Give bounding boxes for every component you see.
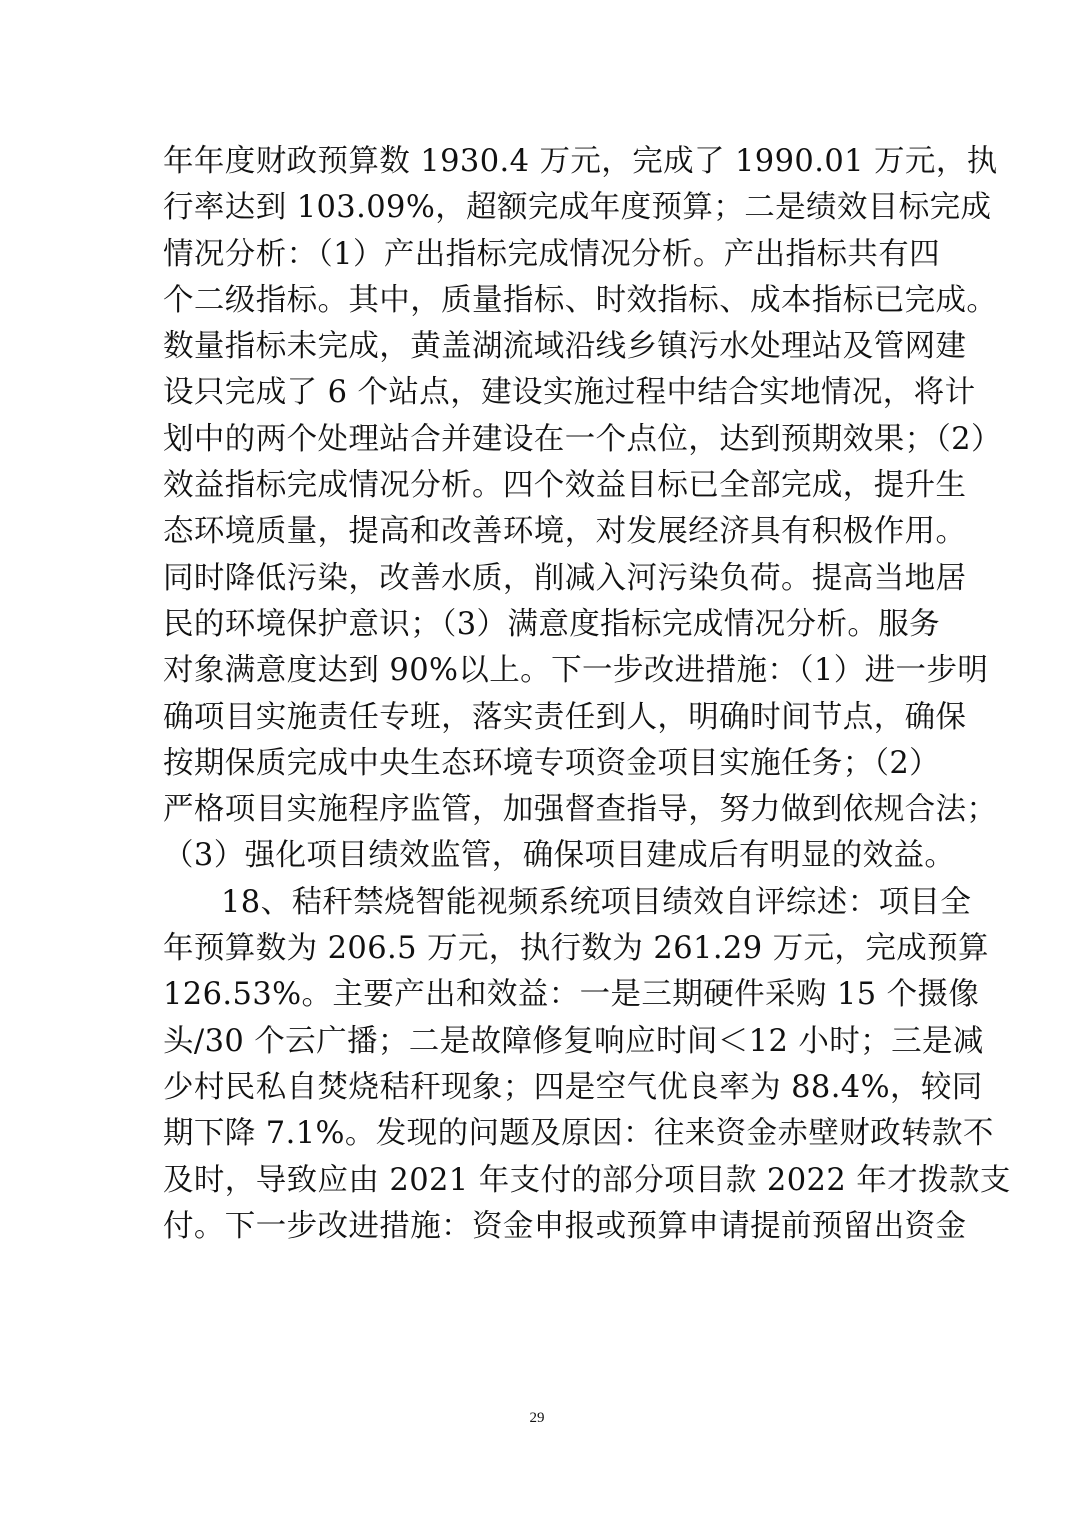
text-line: 年年度财政预算数 1930.4 万元，完成了 1990.01 万元，执 — [163, 139, 915, 185]
text-line: （3）强化项目绩效监管，确保项目建成后有明显的效益。 — [163, 833, 915, 879]
text-line: 付。下一步改进措施：资金申报或预算申请提前预留出资金 — [163, 1204, 915, 1250]
text-line: 数量指标未完成，黄盖湖流域沿线乡镇污水处理站及管网建 — [163, 324, 915, 370]
document-page: 年年度财政预算数 1930.4 万元，完成了 1990.01 万元，执 行率达到… — [0, 0, 1074, 1520]
text-line: 期下降 7.1%。发现的问题及原因：往来资金赤壁财政转款不 — [163, 1111, 915, 1157]
text-line: 126.53%。主要产出和效益：一是三期硬件采购 15 个摄像 — [163, 972, 915, 1018]
text-line: 按期保质完成中央生态环境专项资金项目实施任务；（2） — [163, 741, 915, 787]
text-line: 态环境质量，提高和改善环境，对发展经济具有积极作用。 — [163, 509, 915, 555]
text-line: 严格项目实施程序监管，加强督查指导，努力做到依规合法； — [163, 787, 915, 833]
text-line: 及时，导致应由 2021 年支付的部分项目款 2022 年才拨款支 — [163, 1158, 915, 1204]
text-line: 年预算数为 206.5 万元，执行数为 261.29 万元，完成预算 — [163, 926, 915, 972]
text-line: 民的环境保护意识；（3）满意度指标完成情况分析。服务 — [163, 602, 915, 648]
text-line: 效益指标完成情况分析。四个效益目标已全部完成，提升生 — [163, 463, 915, 509]
page-number: 29 — [0, 1410, 1074, 1427]
text-line: 头/30 个云广播；二是故障修复响应时间＜12 小时；三是减 — [163, 1019, 915, 1065]
text-line: 少村民私自焚烧秸秆现象；四是空气优良率为 88.4%，较同 — [163, 1065, 915, 1111]
text-line: 情况分析：（1）产出指标完成情况分析。产出指标共有四 — [163, 232, 915, 278]
text-line: 对象满意度达到 90%以上。下一步改进措施：（1）进一步明 — [163, 648, 915, 694]
text-line: 行率达到 103.09%，超额完成年度预算；二是绩效目标完成 — [163, 185, 915, 231]
text-line: 个二级指标。其中，质量指标、时效指标、成本指标已完成。 — [163, 278, 915, 324]
text-line: 确项目实施责任专班，落实责任到人，明确时间节点，确保 — [163, 695, 915, 741]
section-18-heading-line: 18、秸秆禁烧智能视频系统项目绩效自评综述：项目全 — [163, 880, 915, 926]
body-text: 年年度财政预算数 1930.4 万元，完成了 1990.01 万元，执 行率达到… — [163, 139, 915, 1250]
text-line: 划中的两个处理站合并建设在一个点位，达到预期效果；（2） — [163, 417, 915, 463]
text-line: 同时降低污染，改善水质，削减入河污染负荷。提高当地居 — [163, 556, 915, 602]
text-line: 设只完成了 6 个站点，建设实施过程中结合实地情况，将计 — [163, 370, 915, 416]
